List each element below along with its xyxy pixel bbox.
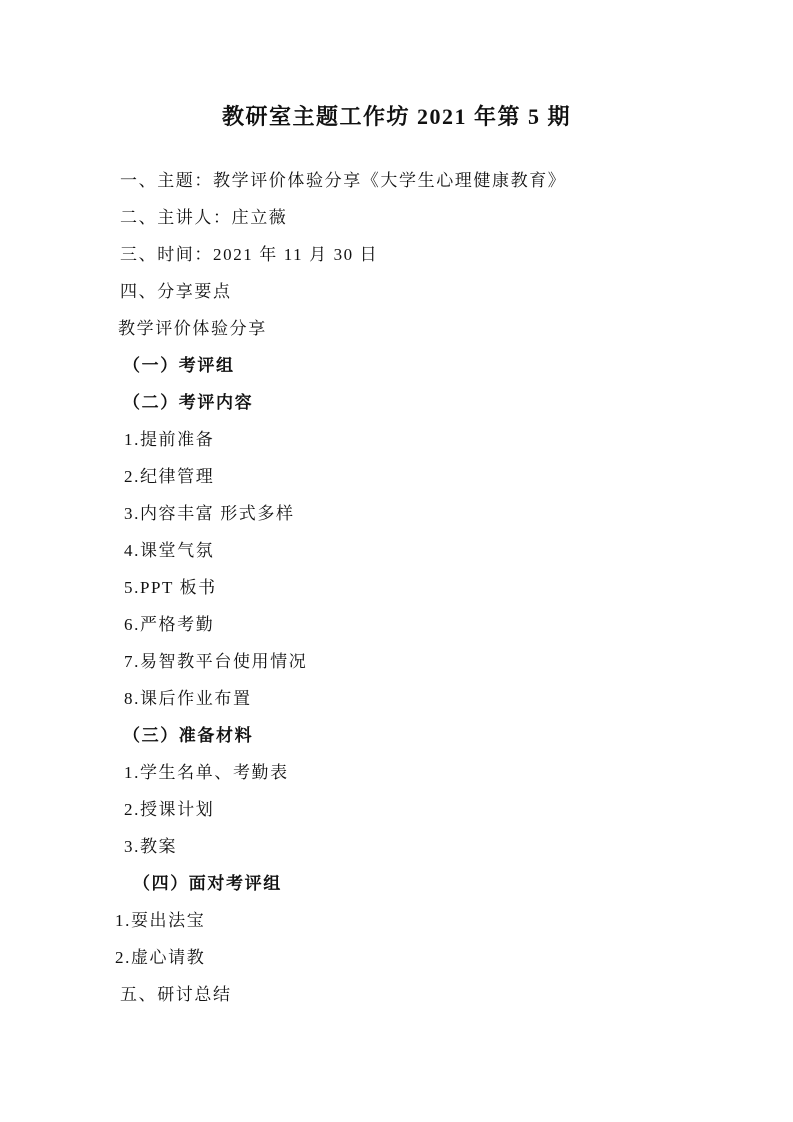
- document-title: 教研室主题工作坊 2021 年第 5 期: [0, 99, 793, 135]
- section-heading-4: （四）面对考评组: [100, 865, 693, 902]
- list-item: 8.课后作业布置: [100, 680, 693, 717]
- list-item: 1.耍出法宝: [100, 902, 693, 939]
- section-heading-1: （一）考评组: [100, 347, 693, 384]
- line-summary: 五、研讨总结: [100, 976, 693, 1013]
- list-item: 1.提前准备: [100, 421, 693, 458]
- list-item: 3.教案: [100, 828, 693, 865]
- line-topic: 一、主题：教学评价体验分享《大学生心理健康教育》: [100, 162, 693, 199]
- line-time: 三、时间：2021 年 11 月 30 日: [100, 236, 693, 273]
- list-item: 3.内容丰富 形式多样: [100, 495, 693, 532]
- document-page: 教研室主题工作坊 2021 年第 5 期 一、主题：教学评价体验分享《大学生心理…: [0, 0, 793, 1122]
- line-sharing-points: 四、分享要点: [100, 273, 693, 310]
- list-item: 6.严格考勤: [100, 606, 693, 643]
- line-speaker: 二、主讲人：庄立薇: [100, 199, 693, 236]
- list-item: 5.PPT 板书: [100, 569, 693, 606]
- section-heading-2: （二）考评内容: [100, 384, 693, 421]
- list-item: 4.课堂气氛: [100, 532, 693, 569]
- list-item: 2.纪律管理: [100, 458, 693, 495]
- line-sharing-subtitle: 教学评价体验分享: [100, 310, 693, 347]
- list-item: 2.虚心请教: [100, 939, 693, 976]
- list-item: 7.易智教平台使用情况: [100, 643, 693, 680]
- section-heading-3: （三）准备材料: [100, 717, 693, 754]
- list-item: 2.授课计划: [100, 791, 693, 828]
- list-item: 1.学生名单、考勤表: [100, 754, 693, 791]
